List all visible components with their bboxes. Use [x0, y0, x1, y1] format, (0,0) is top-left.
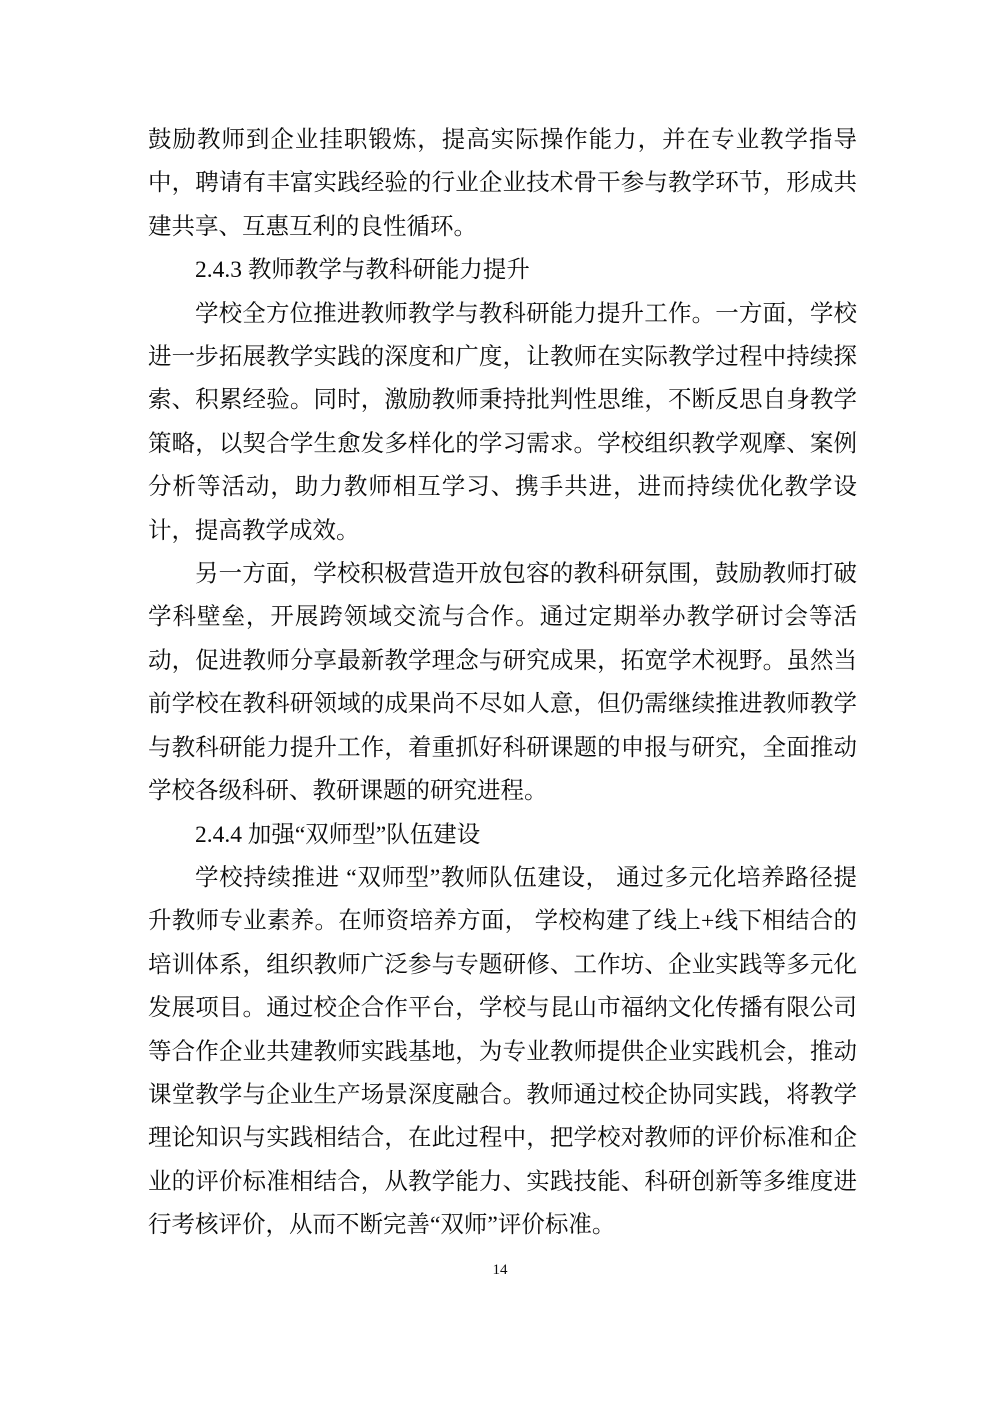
section-heading-2-4-3: 2.4.3 教师教学与教科研能力提升 [148, 249, 857, 292]
paragraph-teaching-research-1: 学校全方位推进教师教学与教科研能力提升工作。一方面，学校进一步拓展教学实践的深度… [148, 293, 857, 553]
paragraph-dual-qualified-teachers: 学校持续推进 “双师型”教师队伍建设， 通过多元化培养路径提升教师专业素养。在师… [148, 857, 857, 1248]
paragraph-teaching-research-2: 另一方面，学校积极营造开放包容的教科研氛围，鼓励教师打破学科壁垒，开展跨领域交流… [148, 553, 857, 813]
document-page: 鼓励教师到企业挂职锻炼，提高实际操作能力，并在专业教学指导中，聘请有丰富实践经验… [0, 0, 1000, 1414]
document-body: 鼓励教师到企业挂职锻炼，提高实际操作能力，并在专业教学指导中，聘请有丰富实践经验… [148, 119, 857, 1248]
section-heading-2-4-4: 2.4.4 加强“双师型”队伍建设 [148, 814, 857, 857]
paragraph-continuation: 鼓励教师到企业挂职锻炼，提高实际操作能力，并在专业教学指导中，聘请有丰富实践经验… [148, 119, 857, 249]
page-number: 14 [0, 1262, 1000, 1279]
